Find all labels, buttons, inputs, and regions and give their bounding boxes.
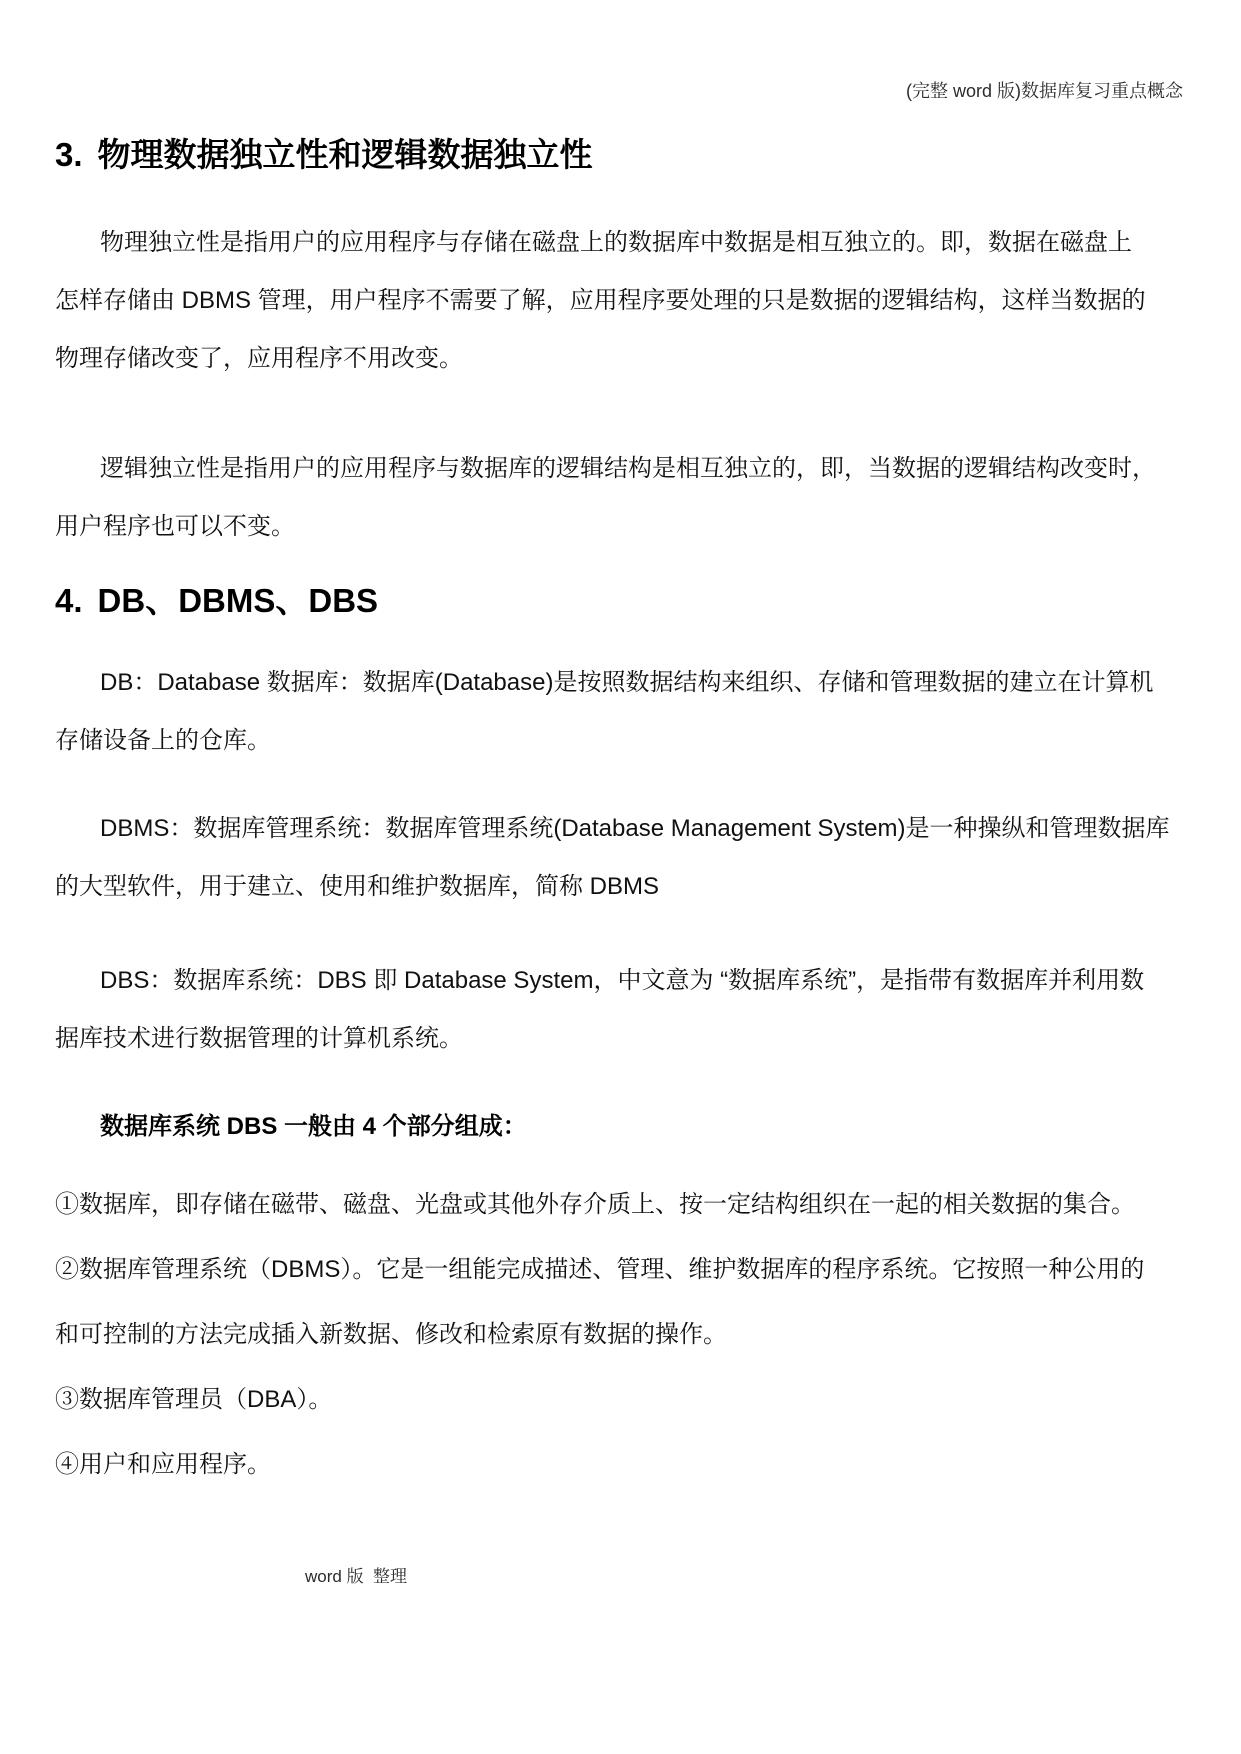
paragraph-db-definition: DB：Database 数据库：数据库(Database)是按照数据结构来组织、…: [55, 654, 1183, 770]
paragraph-physical-independence: 物理独立性是指用户的应用程序与存储在磁盘上的数据库中数据是相互独立的。即，数据在…: [55, 214, 1183, 388]
paragraph-dbs-definition: DBS：数据库系统：DBS 即 Database System，中文意为 “数据…: [55, 952, 1183, 1068]
section-4-heading: 4. DB、DBMS、DBS: [55, 578, 1183, 624]
paragraph-logical-independence: 逻辑独立性是指用户的应用程序与数据库的逻辑结构是相互独立的，即，当数据的逻辑结构…: [55, 440, 1183, 556]
document-content: (完整 word 版)数据库复习重点概念 3. 物理数据独立性和逻辑数据独立性 …: [0, 0, 1241, 1497]
heading-number: 4.: [55, 578, 83, 624]
list-item-database: ①数据库，即存储在磁带、磁盘、光盘或其他外存介质上、按一定结构组织在一起的相关数…: [55, 1172, 1183, 1237]
dbs-components-lead-in: 数据库系统 DBS 一般由 4 个部分组成：: [55, 1098, 1183, 1156]
page-footer-label: word 版 整理: [305, 1566, 407, 1588]
dbs-components-list: ①数据库，即存储在磁带、磁盘、光盘或其他外存介质上、按一定结构组织在一起的相关数…: [55, 1172, 1183, 1497]
paragraph-dbms-definition: DBMS：数据库管理系统：数据库管理系统(Database Management…: [55, 800, 1183, 916]
heading-text: DB、DBMS、DBS: [98, 578, 379, 624]
page-header-label: (完整 word 版)数据库复习重点概念: [55, 80, 1183, 102]
list-item-dbms: ②数据库管理系统（DBMS）。它是一组能完成描述、管理、维护数据库的程序系统。它…: [55, 1237, 1183, 1367]
heading-number: 3.: [55, 132, 83, 178]
list-item-users: ④用户和应用程序。: [55, 1432, 1183, 1497]
heading-text: 物理数据独立性和逻辑数据独立性: [98, 132, 593, 178]
document-page: (完整 word 版)数据库复习重点概念 3. 物理数据独立性和逻辑数据独立性 …: [0, 0, 1241, 1754]
list-item-dba: ③数据库管理员（DBA）。: [55, 1367, 1183, 1432]
section-3-heading: 3. 物理数据独立性和逻辑数据独立性: [55, 132, 1183, 178]
